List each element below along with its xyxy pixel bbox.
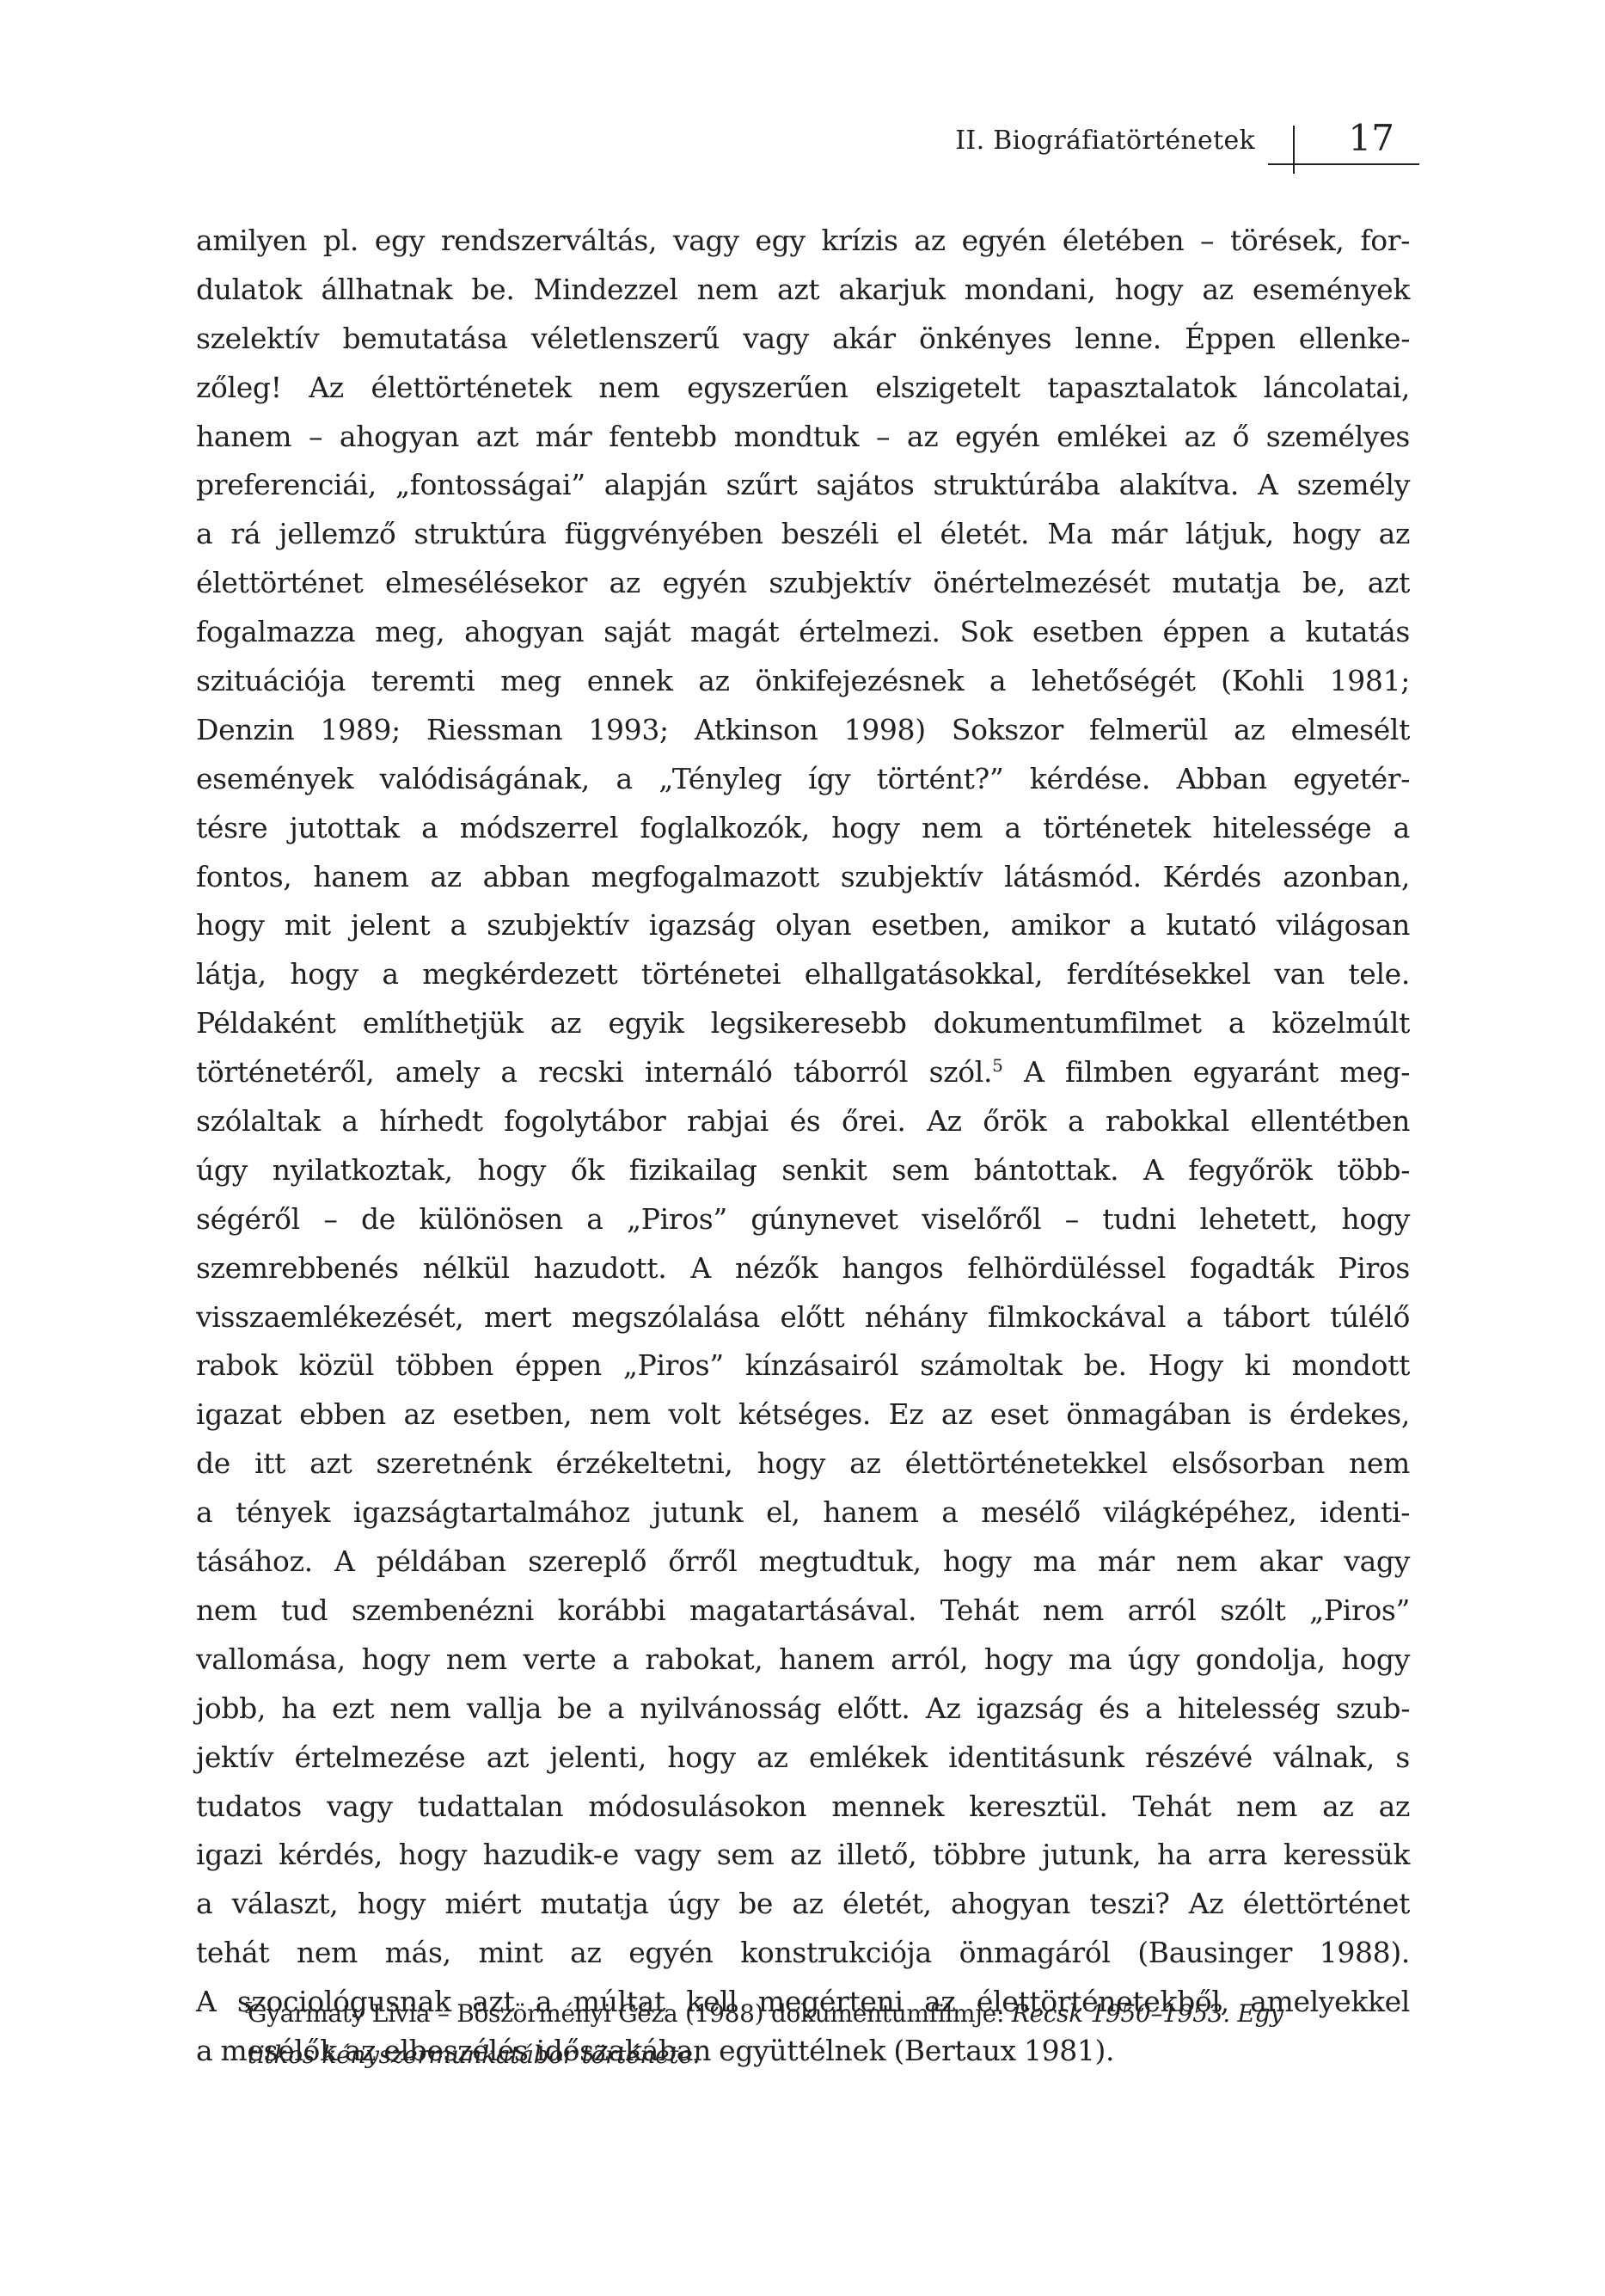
text-line: Denzin 1989; Riessman 1993; Atkinson 199… [196, 706, 1410, 755]
header-vertical-rule [1293, 126, 1295, 174]
section-title: II. Biográfiatörténetek [955, 126, 1255, 156]
text-line: események valódiságának, a „Tényleg így … [196, 755, 1410, 804]
page-number: 17 [1349, 117, 1394, 159]
text-line: nem tud szembenézni korábbi magatartásáv… [196, 1587, 1410, 1636]
text-line: élettörténet elmesélésekor az egyén szub… [196, 559, 1410, 608]
text-line: a tények igazságtartalmához jutunk el, h… [196, 1489, 1410, 1538]
text-line: szólaltak a hírhedt fogolytábor rabjai é… [196, 1097, 1410, 1146]
text-line: hogy mit jelent a szubjektív igazság oly… [196, 901, 1410, 950]
footnote-line: titkos kényszermunkatábor története. [196, 2035, 1410, 2076]
text-line: szemrebbenés nélkül hazudott. A nézők ha… [196, 1244, 1410, 1293]
running-head: II. Biográfiatörténetek 17 [860, 120, 1418, 181]
text-line: jobb, ha ezt nem vallja be a nyilvánossá… [196, 1685, 1410, 1734]
text-line: ségéről – de különösen a „Piros” gúnynev… [196, 1195, 1410, 1244]
text-line: de itt azt szeretnénk érzékeltetni, hogy… [196, 1440, 1410, 1489]
text-line: tésre jutottak a módszerrel foglalkozók,… [196, 804, 1410, 853]
text-line: jektív értelmezése azt jelenti, hogy az … [196, 1734, 1410, 1783]
text-line: Példaként említhetjük az egyik legsikere… [196, 999, 1410, 1048]
text-line: zőleg! Az élettörténetek nem egyszerűen … [196, 364, 1410, 413]
text-line: tásához. A példában szereplő őrről megtu… [196, 1538, 1410, 1587]
text-line: fontos, hanem az abban megfogalmazott sz… [196, 853, 1410, 902]
text-line: rabok közül többen éppen „Piros” kínzása… [196, 1341, 1410, 1390]
text-segment: A filmben egyaránt meg- [1003, 1055, 1410, 1089]
footnote-marker: 5 [244, 1988, 254, 2029]
text-line: amilyen pl. egy rendszerváltás, vagy egy… [196, 217, 1410, 266]
book-page: II. Biográfiatörténetek 17 amilyen pl. e… [0, 0, 1605, 2296]
header-horizontal-rule [1268, 163, 1419, 165]
text-segment: történetéről, amely a recski internáló t… [196, 1055, 992, 1089]
text-line: vallomása, hogy nem verte a rabokat, han… [196, 1636, 1410, 1685]
text-line: hanem – ahogyan azt már fentebb mondtuk … [196, 413, 1410, 462]
text-line: igazat ebben az esetben, nem volt kétség… [196, 1390, 1410, 1440]
text-line: igazi kérdés, hogy hazudik-e vagy sem az… [196, 1831, 1410, 1880]
text-line: fogalmazza meg, ahogyan saját magát érte… [196, 608, 1410, 657]
text-line-with-footnote-ref: történetéről, amely a recski internáló t… [196, 1048, 1410, 1097]
text-line: a választ, hogy miért mutatja úgy be az … [196, 1880, 1410, 1929]
footnote-film-title: Recsk 1950–1953. Egy [1012, 1999, 1283, 2028]
text-line: látja, hogy a megkérdezett történetei el… [196, 950, 1410, 999]
text-line: szelektív bemutatása véletlenszerű vagy … [196, 315, 1410, 364]
footnote-reference[interactable]: 5 [992, 1055, 1002, 1076]
text-line: szituációja teremti meg ennek az önkifej… [196, 657, 1410, 706]
footnote-line: Gyarmaty Lívia – Böszörményi Géza (1988)… [196, 1993, 1410, 2035]
footnote-text: Gyarmaty Lívia – Böszörményi Géza (1988)… [248, 1999, 1012, 2028]
footnote-film-title-cont: titkos kényszermunkatábor története. [248, 2041, 700, 2069]
text-line: úgy nyilatkoztak, hogy ők fizikailag sen… [196, 1146, 1410, 1195]
text-line: preferenciái, „fontosságai” alapján szűr… [196, 461, 1410, 510]
text-line: tehát nem más, mint az egyén konstrukció… [196, 1929, 1410, 1978]
footnote: 5 Gyarmaty Lívia – Böszörményi Géza (198… [196, 1993, 1410, 2076]
text-line: a rá jellemző struktúra függvényében bes… [196, 510, 1410, 559]
text-line: dulatok állhatnak be. Mindezzel nem azt … [196, 266, 1410, 315]
text-line: visszaemlékezését, mert megszólalása elő… [196, 1293, 1410, 1342]
body-paragraph: amilyen pl. egy rendszerváltás, vagy egy… [196, 217, 1410, 2076]
text-line: tudatos vagy tudattalan módosulásokon me… [196, 1783, 1410, 1832]
